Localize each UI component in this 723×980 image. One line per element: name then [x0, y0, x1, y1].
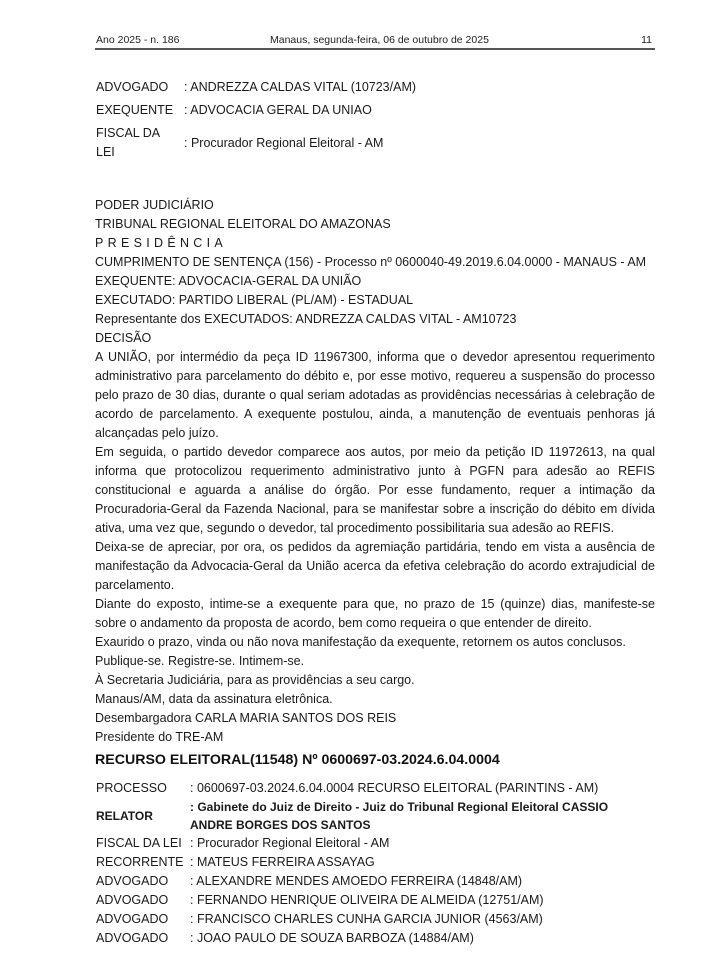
- party-value: : JOAO PAULO DE SOUZA BARBOZA (14884/AM): [190, 929, 608, 948]
- party-label-line: FISCAL DA: [96, 124, 184, 143]
- party-row: EXEQUENTE : ADVOCACIA GERAL DA UNIAO: [96, 99, 416, 122]
- closing-line: Publique-se. Registre-se. Intimem-se.: [95, 652, 655, 671]
- decision-body: PODER JUDICIÁRIO TRIBUNAL REGIONAL ELEIT…: [95, 196, 655, 747]
- recurso-title: RECURSO ELEITORAL(11548) Nº 0600697-03.2…: [95, 752, 500, 768]
- party-value: : MATEUS FERREIRA ASSAYAG: [190, 853, 608, 872]
- party-row: ADVOGADO : ANDREZZA CALDAS VITAL (10723/…: [96, 76, 416, 99]
- court-division: PRESIDÊNCIA: [95, 234, 655, 253]
- recurso-parties-table: PROCESSO : 0600697-03.2024.6.04.0004 REC…: [96, 779, 608, 948]
- party-label: FISCAL DA LEI: [96, 122, 184, 164]
- party-label: PROCESSO: [96, 779, 190, 798]
- party-value: : ANDREZZA CALDAS VITAL (10723/AM): [184, 76, 416, 99]
- executado-line: EXECUTADO: PARTIDO LIBERAL (PL/AM) - EST…: [95, 291, 655, 310]
- process-class: CUMPRIMENTO DE SENTENÇA (156) - Processo…: [95, 253, 655, 272]
- publication-date: Manaus, segunda-feira, 06 de outubro de …: [270, 34, 489, 46]
- decision-paragraph: A UNIÃO, por intermédio da peça ID 11967…: [95, 348, 655, 443]
- party-value: : Procurador Regional Eleitoral - AM: [190, 834, 608, 853]
- decision-paragraph: Diante do exposto, intime-se a exequente…: [95, 595, 655, 633]
- party-label: ADVOGADO: [96, 872, 190, 891]
- party-value: : FRANCISCO CHARLES CUNHA GARCIA JUNIOR …: [190, 910, 608, 929]
- party-label: RELATOR: [96, 798, 190, 834]
- party-row: ADVOGADO : FERNANDO HENRIQUE OLIVEIRA DE…: [96, 891, 608, 910]
- signatory-name: Desembargadora CARLA MARIA SANTOS DOS RE…: [95, 709, 655, 728]
- party-label: ADVOGADO: [96, 910, 190, 929]
- party-row: FISCAL DA LEI : Procurador Regional Elei…: [96, 834, 608, 853]
- court-name: TRIBUNAL REGIONAL ELEITORAL DO AMAZONAS: [95, 215, 655, 234]
- party-label: EXEQUENTE: [96, 99, 184, 122]
- relator-line: : Gabinete do Juiz de Direito - Juiz do …: [190, 798, 608, 816]
- party-value: : ADVOCACIA GERAL DA UNIAO: [184, 99, 416, 122]
- party-row: ADVOGADO : ALEXANDRE MENDES AMOEDO FERRE…: [96, 872, 608, 891]
- decision-paragraph: Em seguida, o partido devedor comparece …: [95, 443, 655, 538]
- party-row: ADVOGADO : FRANCISCO CHARLES CUNHA GARCI…: [96, 910, 608, 929]
- signatory-title: Presidente do TRE-AM: [95, 728, 655, 747]
- party-value: : 0600697-03.2024.6.04.0004 RECURSO ELEI…: [190, 779, 608, 798]
- party-row: ADVOGADO : JOAO PAULO DE SOUZA BARBOZA (…: [96, 929, 608, 948]
- party-value: : FERNANDO HENRIQUE OLIVEIRA DE ALMEIDA …: [190, 891, 608, 910]
- closing-line: Exaurido o prazo, vinda ou não nova mani…: [95, 633, 655, 652]
- party-row: RECORRENTE : MATEUS FERREIRA ASSAYAG: [96, 853, 608, 872]
- first-parties-table: ADVOGADO : ANDREZZA CALDAS VITAL (10723/…: [96, 76, 416, 164]
- party-row: PROCESSO : 0600697-03.2024.6.04.0004 REC…: [96, 779, 608, 798]
- page-number: 11: [641, 34, 652, 46]
- decision-paragraph: Deixa-se de apreciar, por ora, os pedido…: [95, 538, 655, 595]
- party-label: RECORRENTE: [96, 853, 190, 872]
- party-label: ADVOGADO: [96, 929, 190, 948]
- header-divider: [95, 48, 655, 50]
- closing-line: Manaus/AM, data da assinatura eletrônica…: [95, 690, 655, 709]
- party-value: : Gabinete do Juiz de Direito - Juiz do …: [190, 798, 608, 834]
- party-value: : Procurador Regional Eleitoral - AM: [184, 122, 416, 164]
- party-row: RELATOR : Gabinete do Juiz de Direito - …: [96, 798, 608, 834]
- edition-number: Ano 2025 - n. 186: [96, 34, 179, 46]
- party-row: FISCAL DA LEI : Procurador Regional Elei…: [96, 122, 416, 164]
- relator-line: ANDRE BORGES DOS SANTOS: [190, 816, 608, 834]
- party-label-line: LEI: [96, 143, 184, 162]
- exequente-line: EXEQUENTE: ADVOCACIA-GERAL DA UNIÃO: [95, 272, 655, 291]
- party-label: FISCAL DA LEI: [96, 834, 190, 853]
- party-value: : ALEXANDRE MENDES AMOEDO FERREIRA (1484…: [190, 872, 608, 891]
- court-power: PODER JUDICIÁRIO: [95, 196, 655, 215]
- party-label: ADVOGADO: [96, 76, 184, 99]
- representative-line: Representante dos EXECUTADOS: ANDREZZA C…: [95, 310, 655, 329]
- running-header: Ano 2025 - n. 186 Manaus, segunda-feira,…: [95, 34, 655, 48]
- closing-line: À Secretaria Judiciária, para as providê…: [95, 671, 655, 690]
- decision-heading: DECISÃO: [95, 329, 655, 348]
- party-label: ADVOGADO: [96, 891, 190, 910]
